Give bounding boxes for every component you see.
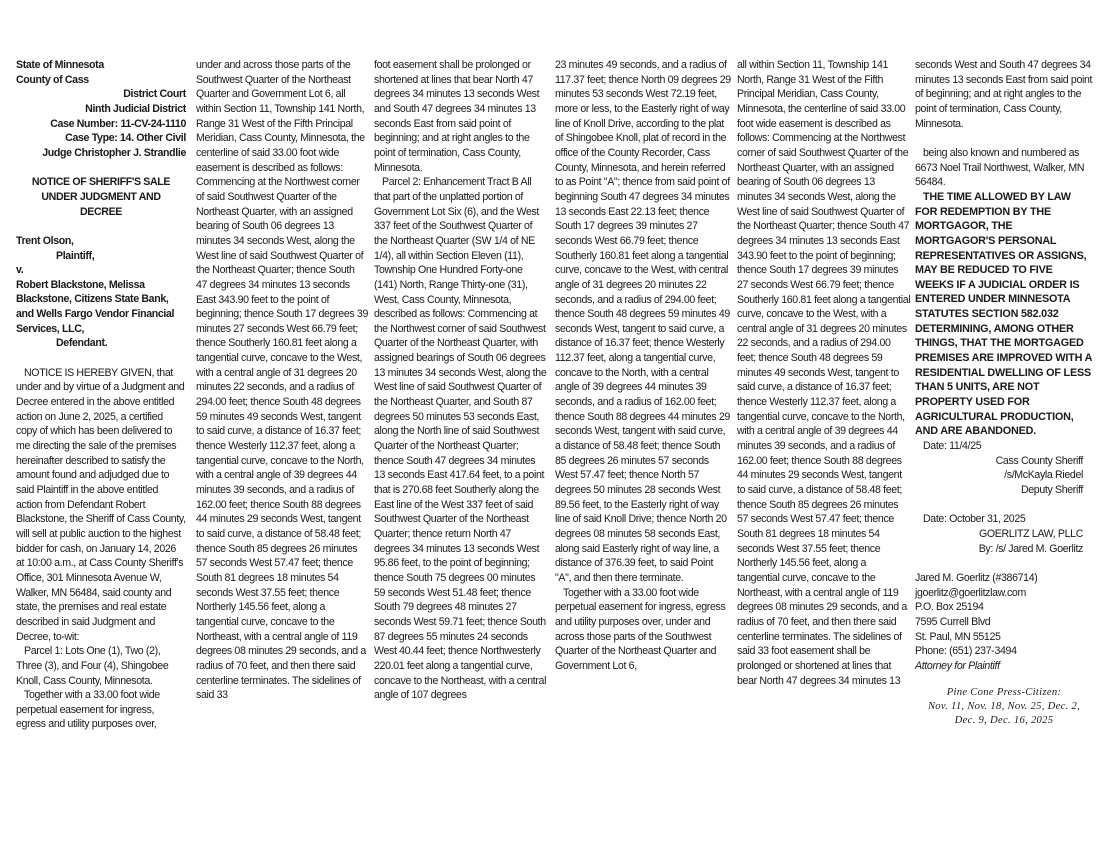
court-line: District Court [16, 87, 186, 102]
parcel-2-continued: 23 minutes 49 seconds, and a radius of 1… [555, 58, 731, 586]
law-firm-name: GOERLITZ LAW, PLLC [915, 527, 1093, 542]
sheriff-signed: /s/McKayla Riedel [915, 468, 1093, 483]
plaintiff-name: Trent Olson, [16, 234, 186, 249]
sheriff-office: Cass County Sheriff [915, 454, 1093, 469]
plaintiff-label: Plaintiff, [16, 249, 186, 264]
defendant-label: Defendant. [16, 336, 186, 351]
column-3: foot easement shall be prolonged or shor… [374, 58, 548, 703]
case-number: Case Number: 11-CV-24-1110 [16, 117, 186, 132]
column-1: State of Minnesota County of Cass Distri… [16, 58, 186, 732]
parcel-2-description: Parcel 2: Enhancement Tract B All that p… [374, 175, 548, 703]
attorney-city: St. Paul, MN 55125 [915, 630, 1093, 645]
attorney-role: Attorney for Plaintiff [915, 659, 1093, 674]
defendant-names: Robert Blackstone, Melissa Blackstone, C… [16, 278, 186, 337]
column-2: under and across those parts of the Sout… [196, 58, 368, 703]
easement-1-description: under and across those parts of the Sout… [196, 58, 368, 703]
sheriff-date: Date: 11/4/25 [915, 439, 1093, 454]
publication-dates-1: Nov. 11, Nov. 18, Nov. 25, Dec. 2, [915, 700, 1093, 714]
versus: v. [16, 263, 186, 278]
attorney-phone: Phone: (651) 237-3494 [915, 644, 1093, 659]
attorney-name: Jared M. Goerlitz (#386714) [915, 571, 1093, 586]
property-address: being also known and numbered as 6673 No… [915, 146, 1093, 190]
attorney-email: jgoerlitz@goerlitzlaw.com [915, 586, 1093, 601]
law-firm-date: Date: October 31, 2025 [915, 512, 1093, 527]
publication-info: Pine Cone Press-Citizen: Nov. 11, Nov. 1… [915, 686, 1093, 728]
judge-line: Judge Christopher J. Strandlie [16, 146, 186, 161]
column-4: 23 minutes 49 seconds, and a radius of 1… [555, 58, 731, 674]
sheriff-title: Deputy Sheriff [915, 483, 1093, 498]
district-line: Ninth Judicial District [16, 102, 186, 117]
publication-dates-2: Dec. 9, Dec. 16, 2025 [915, 714, 1093, 728]
parcel-1: Parcel 1: Lots One (1), Two (2), Three (… [16, 644, 186, 688]
column-5: all within Section 11, Township 141 Nort… [737, 58, 911, 688]
easement-2-description: all within Section 11, Township 141 Nort… [737, 58, 911, 688]
case-type: Case Type: 14. Other Civil [16, 131, 186, 146]
attorney-street: 7595 Currell Blvd [915, 615, 1093, 630]
publication-paper: Pine Cone Press-Citizen: [915, 686, 1093, 700]
easement-1-end: foot easement shall be prolonged or shor… [374, 58, 548, 175]
easement-1-start: Together with a 33.00 foot wide perpetua… [16, 688, 186, 732]
easement-2-end: seconds West and South 47 degrees 34 min… [915, 58, 1093, 131]
notice-paragraph: NOTICE IS HEREBY GIVEN, that under and b… [16, 366, 186, 644]
easement-2-start: Together with a 33.00 foot wide perpetua… [555, 586, 731, 674]
state-line: State of Minnesota [16, 58, 186, 73]
redemption-notice: THE TIME ALLOWED BY LAW FOR REDEMPTION B… [915, 190, 1093, 439]
law-firm-signed: By: /s/ Jared M. Goerlitz [915, 542, 1093, 557]
notice-title: NOTICE OF SHERIFF'S SALE UNDER JUDGMENT … [16, 175, 186, 219]
attorney-po-box: P.O. Box 25194 [915, 600, 1093, 615]
county-line: County of Cass [16, 73, 186, 88]
column-6: seconds West and South 47 degrees 34 min… [915, 58, 1093, 728]
